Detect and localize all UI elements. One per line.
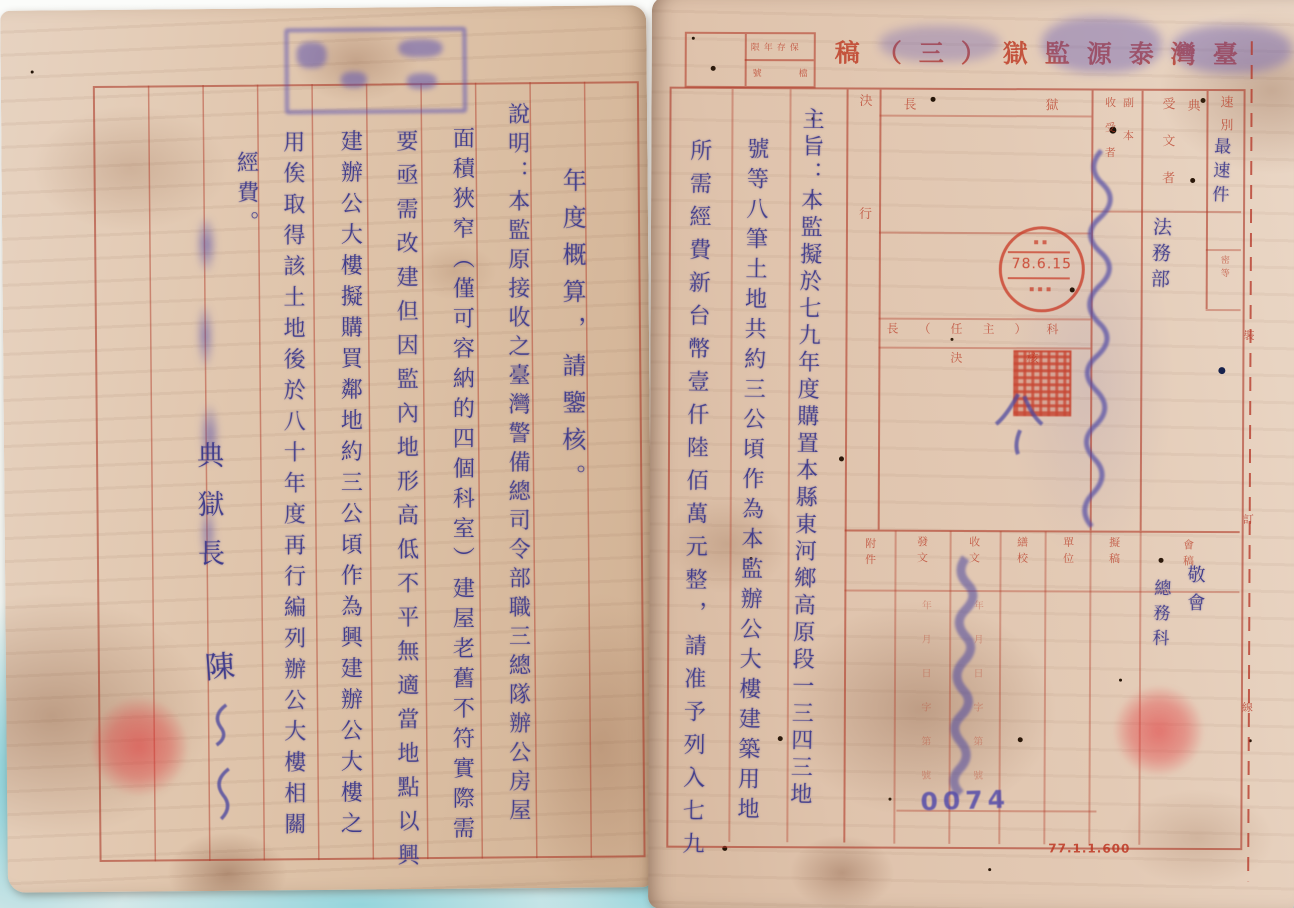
paper-specks [31, 71, 34, 74]
date-number-fields: 年月日字第號 [916, 600, 932, 804]
secrecy-field-label: 密等 [1218, 255, 1231, 281]
signer-name: 陳 [193, 649, 239, 682]
bottom-header-copy-check: 繕校 [1014, 536, 1030, 568]
bottom-header-dispatch: 發文 [914, 536, 930, 568]
speed-field-label: 速別 [1215, 95, 1234, 141]
faded-red-seal [1115, 687, 1203, 775]
body-text-column: 用俟取得該土地後於八十年度再行編列辦公大樓相關 [277, 130, 309, 843]
signature-scribble [188, 699, 259, 830]
ink-blotch [1042, 16, 1162, 73]
signer-title: 典獄長 [188, 441, 228, 588]
body-text-column: 年度概算，請鑒核。 [555, 168, 591, 501]
body-text-column: 說明：本監原接收之臺灣警備總司令部職三總隊辦公房屋 [502, 102, 534, 827]
binding-line [1247, 41, 1253, 881]
left-page-sheet: 年度概算，請鑒核。 說明：本監原接收之臺灣警備總司令部職三總隊辦公房屋 面積狹窄… [0, 5, 654, 893]
binding-label: 訂 [1243, 511, 1254, 527]
ink-blotch [880, 26, 1000, 63]
received-stamp-scribble [945, 554, 986, 794]
speed-field-value: 最速件 [1206, 137, 1234, 210]
approval-signature-scribble [1070, 146, 1122, 566]
recipient-field-label: 受文者 [1157, 97, 1176, 208]
ink-blotch [1172, 25, 1292, 74]
approval-mark-scribble [990, 388, 1050, 458]
approval-row-section-chief: 長（任主）科 [887, 320, 1079, 338]
copy-recipient-label-1: 副本 [1119, 97, 1135, 163]
decision-column-label: 決行 [854, 93, 874, 319]
file-number-label: 號 檔 [753, 66, 822, 79]
body-text-column: 建辦公大樓擬購買鄰地約三公頃作為興建辦公大樓之 [334, 130, 365, 843]
faded-red-seal [92, 697, 187, 796]
co-sign-unit-value: 總務科 [1146, 578, 1174, 654]
retention-label: 限年存保 [751, 40, 803, 53]
document-number-stamp: 0074 [920, 785, 1010, 817]
co-sign-value: 敬會 [1181, 565, 1207, 621]
print-run-note: 77.1.1.600 [1048, 841, 1130, 855]
recipient-field-value: 法務部 [1145, 216, 1175, 295]
body-text-column: 面積狹窄（僅可容納的四個科室）建屋老舊不符實際需 [446, 127, 477, 847]
body-text-column: 經費。 [230, 151, 262, 241]
archive-number-box: 限年存保 號 檔 [685, 32, 816, 89]
binding-label: 裝 [1243, 327, 1254, 343]
binding-label: 線 [1242, 699, 1253, 715]
right-page-sheet: 稿（三）獄監源泰灣臺 限年存保 號 檔 裝 訂 線 [648, 0, 1294, 908]
bottom-header-attachment: 附件 [861, 538, 877, 570]
blue-registry-stamp [284, 27, 467, 115]
body-text-column: 要亟需改建但因監內地形高低不平無適當地點以興 [390, 129, 422, 877]
scanned-document: 年度概算，請鑒核。 說明：本監原接收之臺灣警備總司令部職三總隊辦公房屋 面積狹窄… [0, 0, 1294, 908]
